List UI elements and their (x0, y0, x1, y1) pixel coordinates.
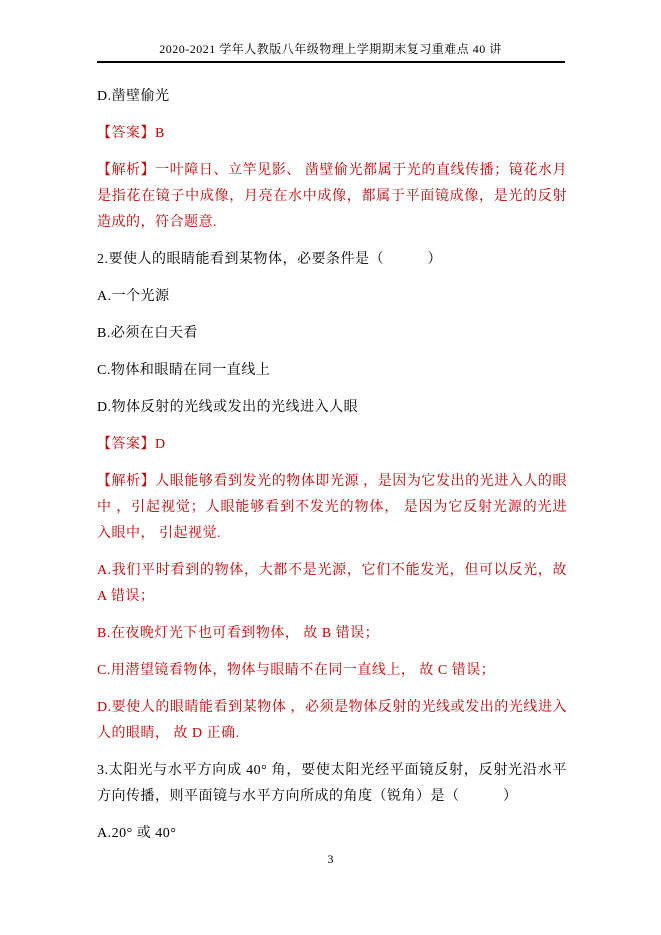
paragraph: A.一个光源 (97, 284, 567, 310)
paragraph: 3.太阳光与水平方向成 40° 角，要使太阳光经平面镜反射，反射光沿水平方向传播… (97, 758, 567, 810)
header-divider-line (97, 61, 565, 63)
paragraph: 2.要使人的眼睛能看到某物体，必要条件是（ ） (97, 247, 567, 273)
paragraph: 【答案】D (97, 432, 567, 458)
paragraph: 【解析】人眼能够看到发光的物体即光源 ，是因为它发出的光进入人的眼中 ，引起视觉… (97, 469, 567, 547)
paragraph: D.物体反射的光线或发出的光线进入人眼 (97, 395, 567, 421)
paragraph: 【答案】B (97, 121, 567, 147)
paragraph: A.我们平时看到的物体，大都不是光源，它们不能发光，但可以反光，故 A 错误； (97, 558, 567, 610)
document-header-title: 2020-2021 学年人教版八年级物理上学期期末复习重难点 40 讲 (0, 41, 661, 57)
paragraph: C.物体和眼睛在同一直线上 (97, 358, 567, 384)
paragraph: C.用潜望镜看物体，物体与眼睛不在同一直线上， 故 C 错误； (97, 658, 567, 684)
page-number: 3 (0, 852, 661, 867)
paragraph: 【解析】一叶障日、立竿见影、 凿壁偷光都属于光的直线传播；镜花水月是指花在镜子中… (97, 158, 567, 236)
document-page: 2020-2021 学年人教版八年级物理上学期期末复习重难点 40 讲 D.凿壁… (0, 0, 661, 935)
paragraph: D.要使人的眼睛能看到某物体 ，必须是物体反射的光线或发出的光线进入人的眼睛， … (97, 695, 567, 747)
paragraph: D.凿壁偷光 (97, 84, 567, 110)
paragraph: A.20° 或 40° (97, 821, 567, 847)
paragraph: B.在夜晚灯光下也可看到物体， 故 B 错误； (97, 621, 567, 647)
document-content: D.凿壁偷光【答案】B【解析】一叶障日、立竿见影、 凿壁偷光都属于光的直线传播；… (97, 84, 567, 858)
paragraph: B.必须在白天看 (97, 321, 567, 347)
